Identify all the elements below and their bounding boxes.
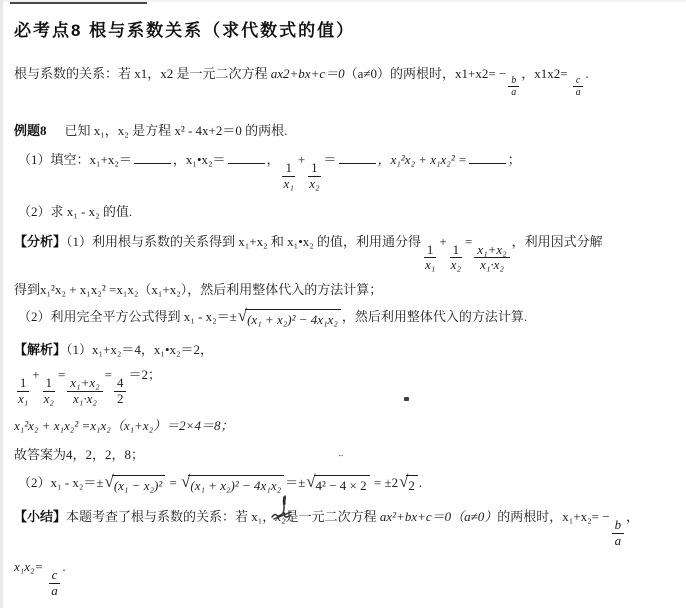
- text-run: 是一元二次方程: [286, 509, 380, 524]
- text-run: = ±2: [371, 475, 398, 490]
- text-run: 的两根时，x₁+x₂= −: [497, 509, 609, 524]
- fraction-sum-over-product: x₁+x₂x₁·x₂: [67, 376, 102, 406]
- quadratic-equation: ax²+bx+c＝0（a≠0）: [380, 509, 497, 524]
- text-run: ＝2；: [128, 367, 161, 382]
- sqrt-expression: √(x₁ + x₂)² − 4x₁x₂: [181, 475, 284, 495]
- text-run: ，x1x2=: [521, 66, 571, 81]
- text-run: ，x₁•x₂＝: [173, 152, 226, 167]
- fraction-1-over-x1: 1x₁: [282, 161, 296, 191]
- plus-sign: +: [298, 152, 305, 167]
- fraction-sum-over-product: x₁+x₂x₁·x₂: [474, 243, 509, 273]
- text-run: （1）利用根与系数的关系得到 x₁+x₂ 和 x₁•x₂ 的值，利用通分得: [66, 234, 421, 249]
- fraction-1-over-x1: 1x₁: [423, 243, 437, 273]
- top-rule: [10, 2, 147, 4]
- solution-answers-line: 故答案为4，2，2，8；: [14, 446, 676, 464]
- equals-sign: =: [166, 475, 180, 490]
- fraction-c-over-a: ca: [49, 568, 61, 598]
- fraction-c-over-a: ca: [573, 75, 583, 98]
- solution-label: 【解析】: [14, 342, 66, 357]
- stray-ink-dot: [404, 397, 409, 401]
- text-run: ＝: [323, 152, 336, 167]
- text-run: .: [419, 475, 422, 490]
- page-edge-left: [0, 0, 3, 608]
- blank-line: [469, 150, 506, 164]
- document-page: 必考点8 根与系数关系（求代数式的值） 根与系数的关系：若 x1，x2 是一元二…: [0, 0, 686, 608]
- blank-line: [134, 150, 171, 164]
- fraction-1-over-x1: 1x₁: [16, 376, 30, 406]
- solution-paragraph-1: 【解析】（1）x₁+x₂＝4，x₁•x₂＝2，: [14, 341, 676, 359]
- sqrt-expression: √(x₁ + x₂)² − 4x₁x₂: [238, 309, 341, 329]
- blank-line: [228, 150, 265, 164]
- text-run: .: [62, 559, 65, 574]
- fraction-1-over-x2: 1x₂: [42, 376, 56, 406]
- text-run: （1）填空：x₁+x₂＝: [18, 152, 132, 167]
- solution-fraction-line: 1x₁+1x₂=x₁+x₂x₁·x₂=42＝2；: [14, 366, 676, 406]
- analysis-paragraph-3: （2）利用完全平方公式得到 x₁ - x₂＝±√(x₁ + x₂)² − 4x₁…: [18, 308, 676, 329]
- plus-sign: +: [439, 234, 446, 249]
- text-run: ，然后利用整体代入的方法计算.: [342, 309, 527, 324]
- summary-paragraph: 【小结】本题考查了根与系数的关系：若 x₁，x₂是一元二次方程 ax²+bx+c…: [14, 508, 676, 548]
- solution-identity-line: x₁²x₂ + x₁x₂² =x₁x₂（x₁+x₂）＝2×4＝8；: [14, 417, 676, 435]
- sqrt-expression: √(x₁ − x₂)²: [105, 475, 166, 495]
- sqrt-expression: √2: [399, 475, 418, 495]
- summary-line-2: x₁x₂= ca.: [14, 558, 676, 598]
- analysis-label: 【分析】: [14, 234, 66, 249]
- fraction-b-over-a: ba: [612, 518, 625, 548]
- scribbled-x2: x₂: [275, 508, 285, 526]
- text-run: （1）x₁+x₂＝4，x₁•x₂＝2，: [66, 342, 213, 357]
- text-run: （2）x₁ - x₂＝±: [18, 475, 104, 490]
- stray-ink-smudge: ⠒: [338, 452, 344, 457]
- text-run: 根与系数的关系：若 x1，x2 是一元二次方程: [14, 66, 271, 81]
- equals-sign: =: [58, 367, 65, 382]
- fraction-1-over-x2: 1x₂: [449, 243, 463, 273]
- text-run: ，: [267, 152, 280, 167]
- analysis-paragraph-1: 【分析】（1）利用根与系数的关系得到 x₁+x₂ 和 x₁•x₂ 的值，利用通分…: [14, 233, 676, 273]
- example-heading: 例题8已知 x₁，x₂ 是方程 x² - 4x+2＝0 的两根.: [14, 122, 676, 140]
- question-2: （2）求 x₁ - x₂ 的值.: [18, 203, 676, 221]
- equals-sign: =: [465, 234, 472, 249]
- text-run: （a≠0）的两根时，x1+x2= −: [345, 66, 507, 81]
- summary-label: 【小结】: [14, 509, 66, 524]
- equals-sign: =: [105, 367, 112, 382]
- text-run: .: [585, 66, 588, 81]
- text-run: （2）利用完全平方公式得到 x₁ - x₂＝±: [18, 309, 237, 324]
- sqrt-expression: √4² − 4 × 2: [306, 475, 369, 495]
- text-run: x₁x₂=: [14, 559, 47, 574]
- plus-sign: +: [32, 367, 39, 382]
- analysis-paragraph-2: 得到x₁²x₂ + x₁x₂² =x₁x₂（x₁+x₂），然后利用整体代入的方法…: [14, 281, 676, 299]
- text-run: ；: [508, 152, 521, 167]
- fraction-4-over-2: 42: [114, 376, 127, 406]
- example-body: 已知 x₁，x₂ 是方程 x² - 4x+2＝0 的两根.: [65, 123, 288, 138]
- question-1: （1）填空：x₁+x₂＝，x₁•x₂＝，1x₁+1x₂＝，x₁²x₂ + x₁x…: [18, 150, 676, 191]
- solution-sqrt-line: （2）x₁ - x₂＝±√(x₁ − x₂)² = √(x₁ + x₂)² − …: [18, 474, 676, 495]
- intro-paragraph: 根与系数的关系：若 x1，x2 是一元二次方程 ax2+bx+c＝0（a≠0）的…: [14, 65, 676, 98]
- text-run: ，x₁²x₂ + x₁x₂² =: [378, 152, 467, 167]
- example-label: 例题8: [14, 123, 47, 138]
- fraction-b-over-a: ba: [508, 75, 519, 98]
- fraction-1-over-x2: 1x₂: [307, 161, 321, 191]
- text-run: 本题考查了根与系数的关系：若 x₁，: [66, 509, 275, 524]
- equals-sign: ＝±: [285, 475, 305, 490]
- text-run: ，利用因式分解: [512, 234, 603, 249]
- quadratic-equation: ax2+bx+c＝0: [271, 66, 345, 81]
- page-title: 必考点8 根与系数关系（求代数式的值）: [14, 16, 676, 41]
- blank-line: [339, 150, 376, 164]
- text-run: ，: [626, 509, 639, 524]
